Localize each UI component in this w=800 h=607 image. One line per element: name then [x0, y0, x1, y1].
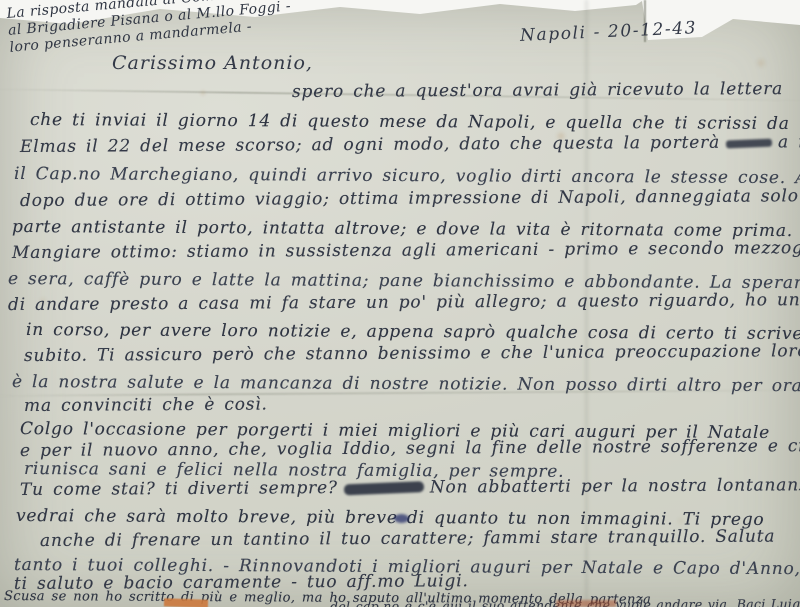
scan-edge-artifact [164, 598, 208, 607]
letter-line: che ti inviai il giorno 14 di questo mes… [30, 110, 790, 134]
letter-line-text: Elmas il 22 del mese scorso; ad ogni mod… [20, 133, 720, 157]
letter-line: spero che a quest'ora avrai già ricevuto… [292, 79, 783, 102]
letter-line: è la nostra salute e la mancanza di nost… [12, 372, 800, 396]
letter-line: parte antistante il porto, intatta altro… [12, 217, 793, 241]
letter-line: ma convinciti che è così. [24, 395, 268, 416]
ink-scribble-strike [344, 481, 424, 495]
ink-scribble-strike [726, 138, 772, 148]
salutation: Carissimo Antonio, [112, 52, 313, 74]
scanned-letter: La risposta mandala al Comando al Brigad… [0, 0, 800, 607]
ink-blot [394, 514, 409, 523]
letter-line-text: Non abbatterti per la nostra lontananza, [430, 475, 800, 497]
scan-edge-artifact [556, 600, 616, 607]
letter-line: in corso, per avere loro notizie e, appe… [26, 320, 800, 344]
letter-line-text: Tu come stai? ti diverti sempre? [20, 478, 338, 500]
letter-line-text: a mano [778, 132, 800, 152]
foxing-stains [0, 0, 2, 2]
